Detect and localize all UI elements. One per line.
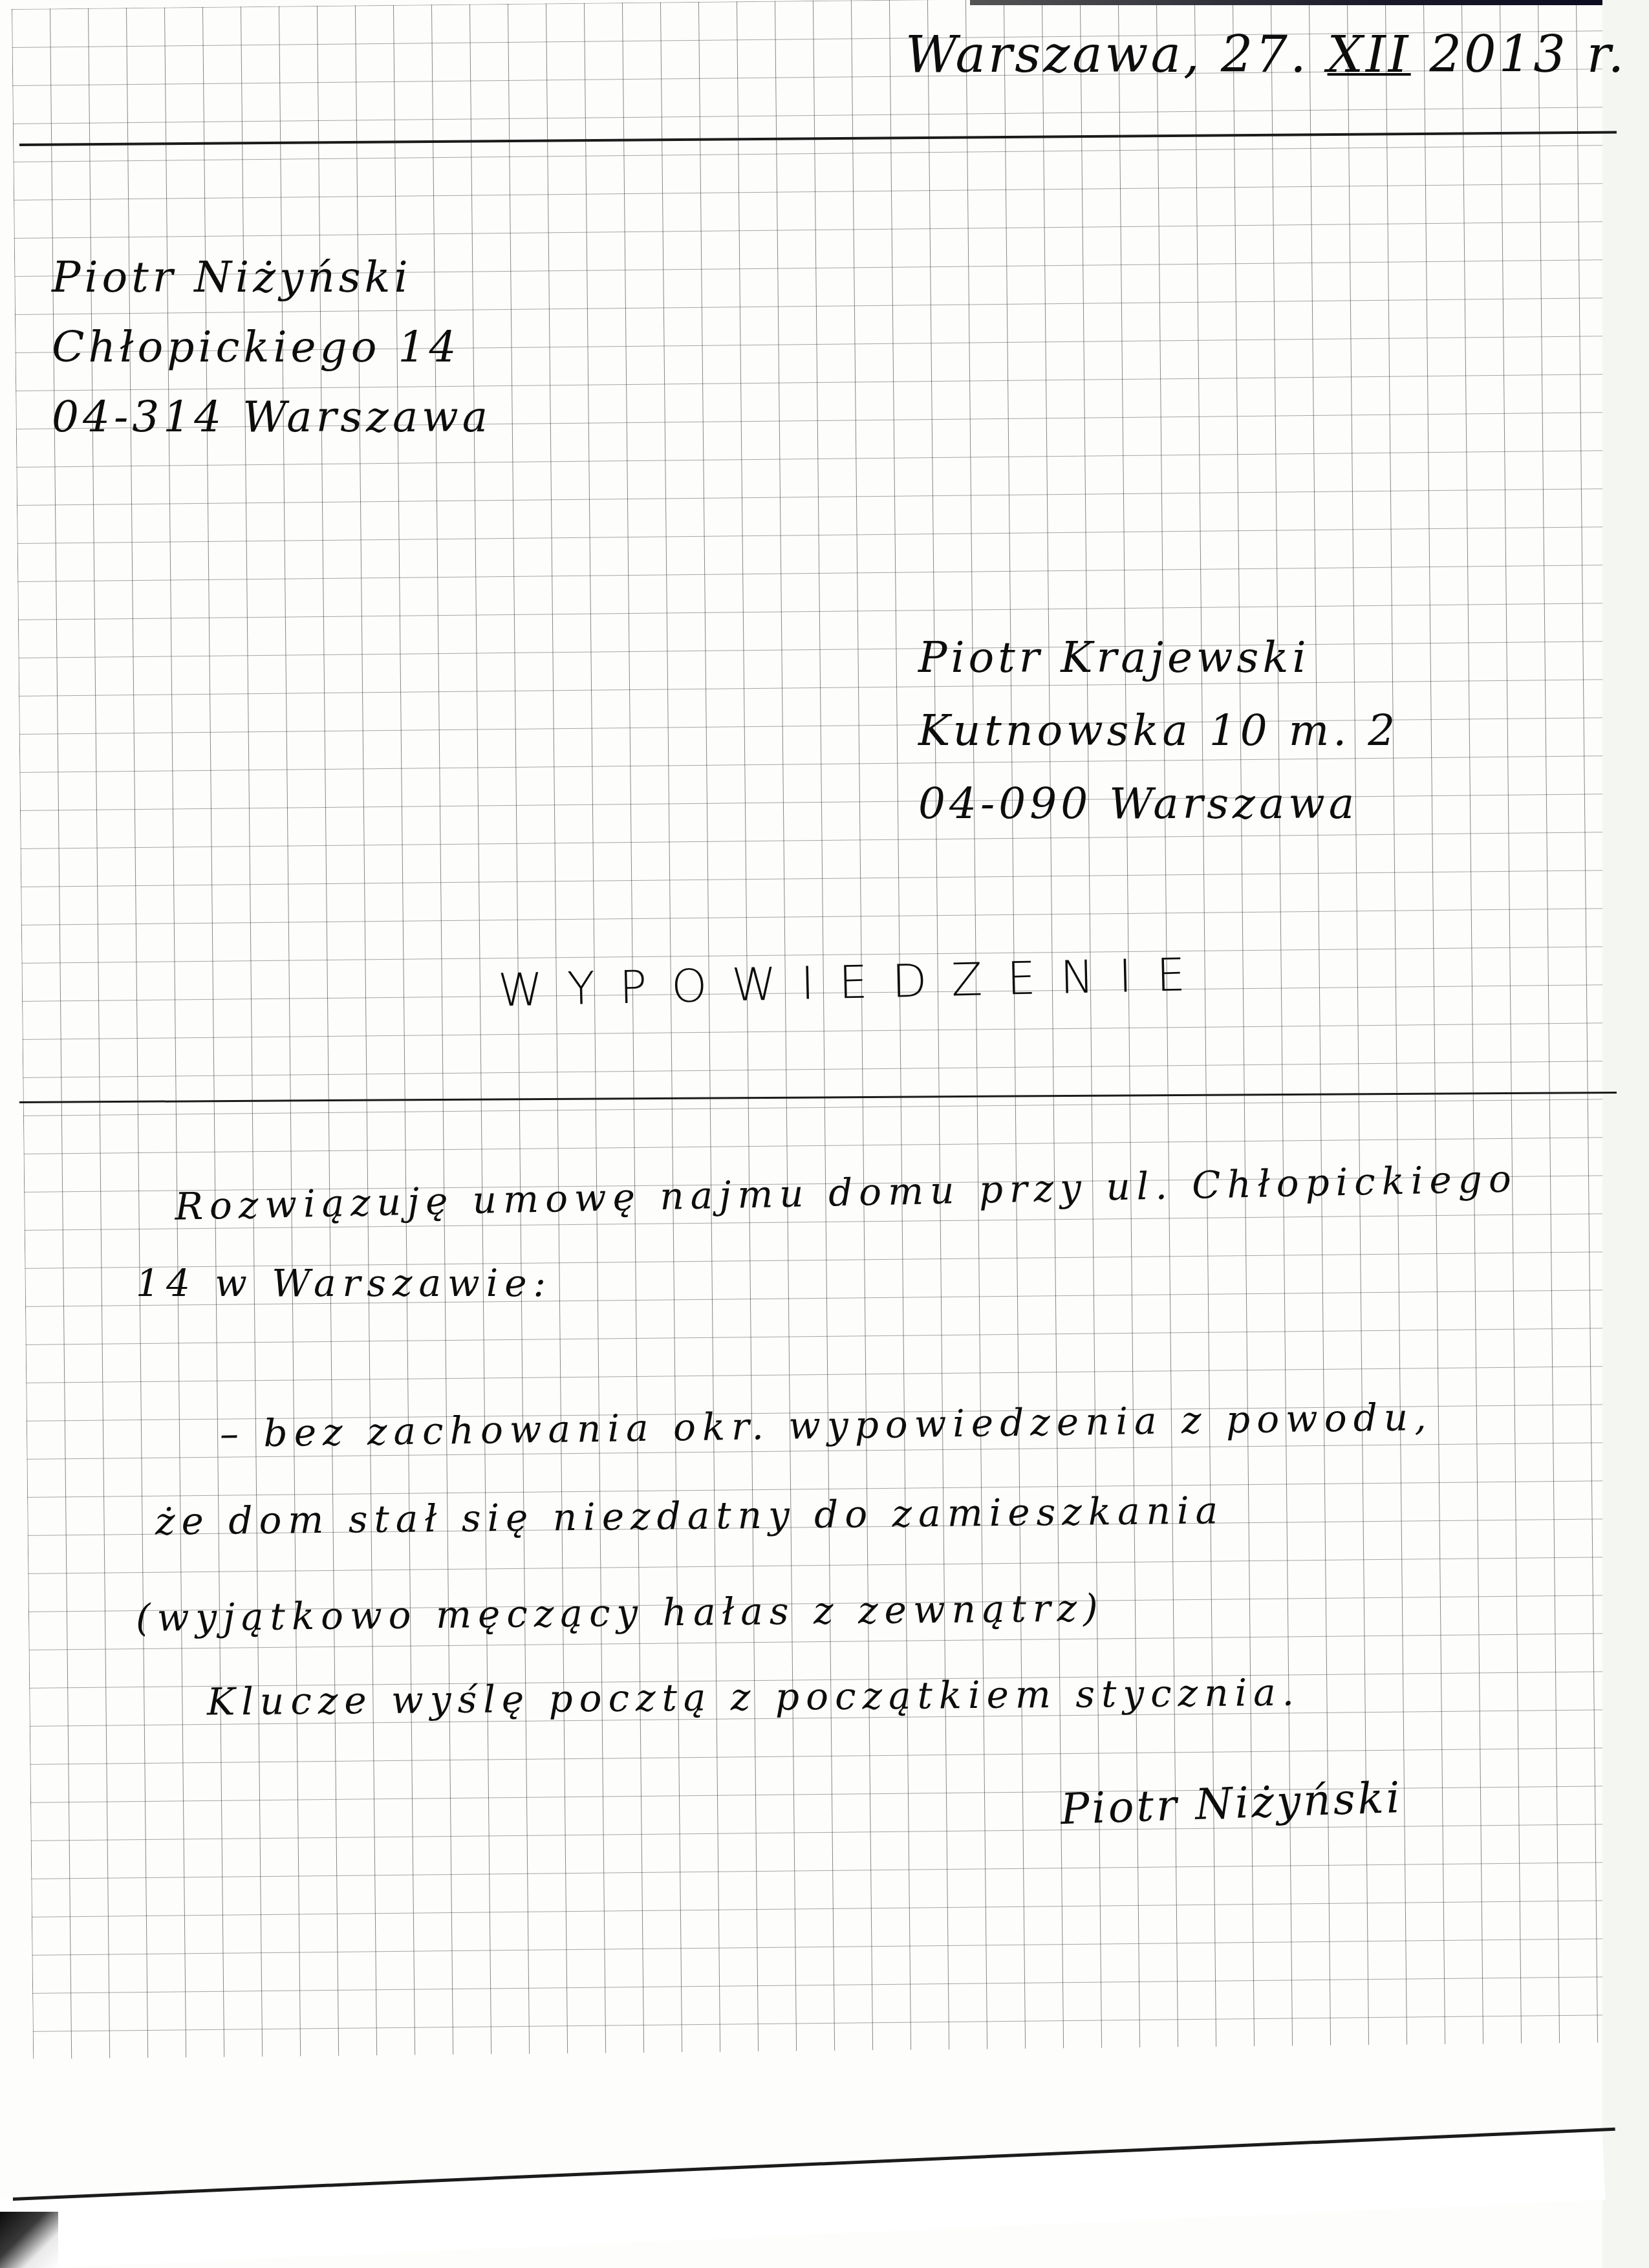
- date-line: Warszawa, 27. XII 2013 r.: [905, 26, 1626, 84]
- sender-name: Piotr Niżyński: [52, 243, 491, 312]
- sender-address-block: Piotr Niżyński Chłopickiego 14 04-314 Wa…: [52, 243, 491, 452]
- recipient-address-block: Piotr Krajewski Kutnowska 10 m. 2 04-090…: [918, 621, 1399, 840]
- scan-margin-strip: [1602, 0, 1649, 2268]
- recipient-city: 04-090 Warszawa: [918, 767, 1399, 840]
- recipient-street: Kutnowska 10 m. 2: [918, 694, 1399, 767]
- date-day: 27.: [1221, 26, 1309, 84]
- date-month: XII: [1328, 26, 1411, 84]
- scan-edge-shadow: [970, 0, 1649, 5]
- sender-city: 04-314 Warszawa: [52, 382, 491, 452]
- recipient-name: Piotr Krajewski: [918, 621, 1399, 694]
- body-line: 14 w Warszawie:: [136, 1261, 552, 1305]
- scanned-page: Warszawa, 27. XII 2013 r. Piotr Niżyński…: [0, 0, 1649, 2268]
- sender-street: Chłopickiego 14: [52, 312, 491, 382]
- date-year: 2013 r.: [1429, 26, 1626, 84]
- paper-bottom-blank: [0, 2129, 1605, 2268]
- date-place: Warszawa,: [905, 26, 1202, 84]
- folded-corner: [0, 2212, 58, 2268]
